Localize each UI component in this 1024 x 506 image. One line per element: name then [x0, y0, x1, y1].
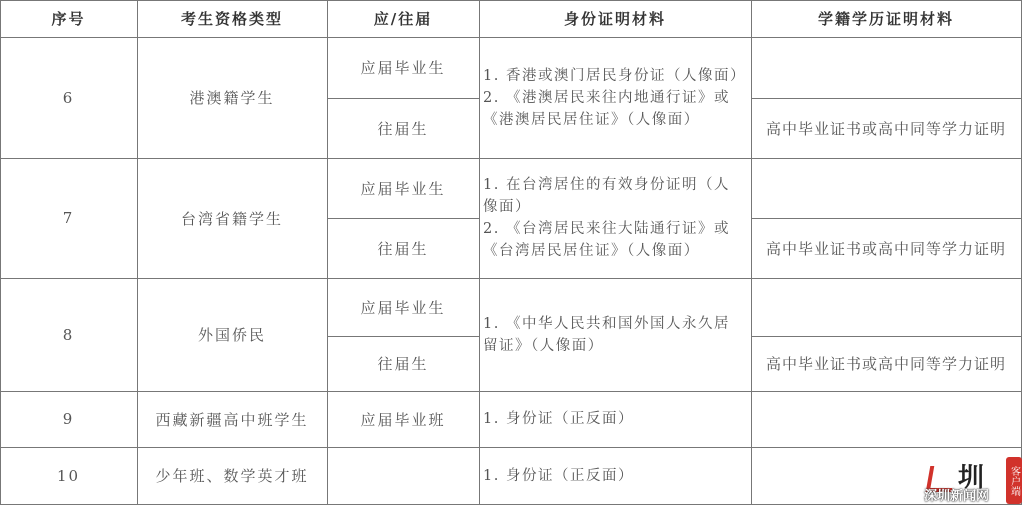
grid-line — [751, 336, 1022, 337]
watermark-site-name: 深圳新闻网 — [924, 485, 989, 504]
row-8-sub-previous: 往届生 — [327, 336, 479, 391]
grid-line — [479, 0, 480, 505]
grid-line — [751, 98, 1022, 99]
qualification-table: 序号 考生资格类型 应/往届 身份证明材料 学籍学历证明材料 6 港澳籍学生 应… — [0, 0, 1024, 506]
grid-line — [0, 0, 1022, 1]
row-6-sub-previous: 往届生 — [327, 98, 479, 158]
grid-line — [327, 336, 479, 337]
grid-line — [0, 278, 1022, 279]
grid-line — [327, 98, 479, 99]
row-8-sub-current: 应届毕业生 — [327, 278, 479, 336]
row-9-edu — [751, 391, 1021, 447]
header-edu-docs: 学籍学历证明材料 — [751, 0, 1021, 37]
row-7-no: 7 — [0, 158, 137, 278]
row-7-id-docs: 1. 在台湾居住的有效身份证明（人 像面） 2. 《台湾居民来往大陆通行证》或 … — [479, 158, 751, 278]
row-10-id-docs: 1. 身份证（正反面） — [479, 447, 751, 504]
row-9-type: 西藏新疆高中班学生 — [137, 391, 327, 447]
row-9-sub: 应届毕业班 — [327, 391, 479, 447]
header-no: 序号 — [0, 0, 137, 37]
row-8-edu-previous: 高中毕业证书或高中同等学力证明 — [751, 336, 1021, 391]
row-8-no: 8 — [0, 278, 137, 391]
row-10-sub — [327, 447, 479, 504]
row-7-edu-current — [751, 158, 1021, 218]
row-10-no: 10 — [0, 447, 137, 504]
row-6-edu-previous: 高中毕业证书或高中同等学力证明 — [751, 98, 1021, 158]
grid-line — [0, 158, 1022, 159]
grid-line — [0, 391, 1022, 392]
row-8-id-docs: 1. 《中华人民共和国外国人永久居 留证》（人像面） — [479, 278, 751, 391]
grid-line — [0, 447, 1022, 448]
header-type: 考生资格类型 — [137, 0, 327, 37]
grid-line — [0, 504, 1022, 505]
row-6-id-docs: 1. 香港或澳门居民身份证（人像面） 2. 《港澳居民来往内地通行证》或 《港澳… — [479, 37, 751, 158]
grid-line — [751, 218, 1022, 219]
row-9-id-docs: 1. 身份证（正反面） — [479, 391, 751, 447]
row-7-type: 台湾省籍学生 — [137, 158, 327, 278]
row-6-type: 港澳籍学生 — [137, 37, 327, 158]
row-8-type: 外国侨民 — [137, 278, 327, 391]
grid-line — [327, 0, 328, 505]
grid-line — [1021, 0, 1022, 505]
row-9-no: 9 — [0, 391, 137, 447]
header-grad-status: 应/往届 — [327, 0, 479, 37]
row-10-type: 少年班、数学英才班 — [137, 447, 327, 504]
watermark-badge: 客户端 — [1006, 457, 1022, 504]
grid-line — [137, 0, 138, 505]
row-6-no: 6 — [0, 37, 137, 158]
header-id-docs: 身份证明材料 — [479, 0, 751, 37]
row-7-edu-previous: 高中毕业证书或高中同等学力证明 — [751, 218, 1021, 278]
watermark-logo: 圳 — [928, 457, 988, 487]
watermark: 圳 深圳新闻网 客户端 — [920, 455, 1024, 506]
grid-line — [751, 0, 752, 505]
row-7-sub-previous: 往届生 — [327, 218, 479, 278]
row-8-edu-current — [751, 278, 1021, 336]
row-6-sub-current: 应届毕业生 — [327, 37, 479, 98]
row-7-sub-current: 应届毕业生 — [327, 158, 479, 218]
grid-line — [0, 37, 1022, 38]
grid-line — [0, 0, 1, 505]
row-6-edu-current — [751, 37, 1021, 98]
grid-line — [327, 218, 479, 219]
